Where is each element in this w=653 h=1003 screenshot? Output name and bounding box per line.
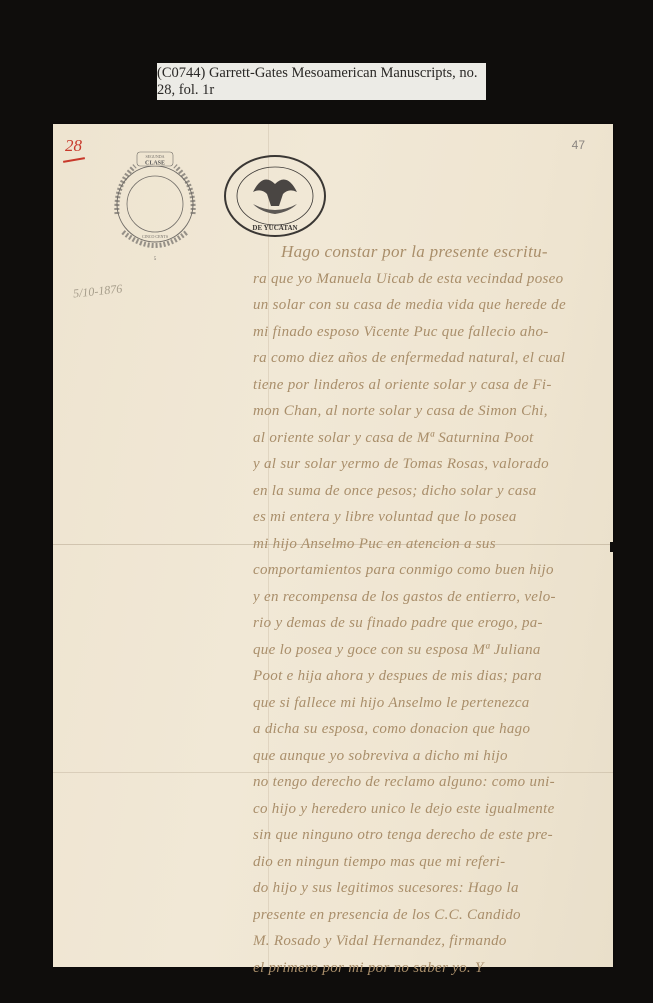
handwritten-line: Poot e hija ahora y despues de mis dias;… xyxy=(253,663,603,690)
handwritten-line: no tengo derecho de reclamo alguno: como… xyxy=(253,769,603,796)
catalog-caption-text: (C0744) Garrett-Gates Mesoamerican Manus… xyxy=(157,65,486,99)
edge-tear xyxy=(610,542,616,552)
handwritten-line: en la suma de once pesos; dicho solar y … xyxy=(253,478,603,505)
folio-number: 47 xyxy=(572,138,585,152)
svg-text:DE YUCATAN: DE YUCATAN xyxy=(252,224,297,232)
handwritten-line: mi finado esposo Vicente Puc que falleci… xyxy=(253,319,603,346)
handwritten-line: Hago constar por la presente escritu- xyxy=(253,239,603,266)
handwritten-line: a dicha su esposa, como donacion que hag… xyxy=(253,716,603,743)
handwritten-line: es mi entera y libre voluntad que lo pos… xyxy=(253,504,603,531)
handwritten-line: y en recompensa de los gastos de entierr… xyxy=(253,584,603,611)
round-tax-stamp-icon: SEGUNDA CLASE CINCO CENTS 5 xyxy=(95,144,215,264)
handwritten-line: sin que ninguno otro tenga derecho de es… xyxy=(253,822,603,849)
svg-text:CLASE: CLASE xyxy=(145,161,165,167)
catalog-caption-label: (C0744) Garrett-Gates Mesoamerican Manus… xyxy=(157,63,486,100)
handwritten-line: rio y demas de su finado padre que erogo… xyxy=(253,610,603,637)
manuscript-page: 28 47 5/10-1876 SEGUNDA CLASE CINCO CENT… xyxy=(53,124,613,967)
handwritten-line: que aunque yo sobreviva a dicho mi hijo xyxy=(253,743,603,770)
handwritten-line: comportamientos para conmigo como buen h… xyxy=(253,557,603,584)
handwritten-line: y al sur solar yermo de Tomas Rosas, val… xyxy=(253,451,603,478)
handwritten-line: mi hijo Anselmo Puc en atencion a sus xyxy=(253,531,603,558)
handwritten-line: un solar con su casa de media vida que h… xyxy=(253,292,603,319)
handwritten-line: do hijo y sus legitimos sucesores: Hago … xyxy=(253,875,603,902)
svg-text:CINCO CENTS: CINCO CENTS xyxy=(142,234,168,239)
handwritten-body: Hago constar por la presente escritu- ra… xyxy=(253,239,603,981)
handwritten-line: co hijo y heredero unico le dejo este ig… xyxy=(253,796,603,823)
handwritten-line: el primero por mi por no saber yo. Y xyxy=(253,955,603,982)
handwritten-line: mon Chan, al norte solar y casa de Simon… xyxy=(253,398,603,425)
svg-text:SEGUNDA: SEGUNDA xyxy=(145,154,164,159)
handwritten-line: al oriente solar y casa de Mª Saturnina … xyxy=(253,425,603,452)
handwritten-line: ra como diez años de enfermedad natural,… xyxy=(253,345,603,372)
handwritten-line: dio en ningun tiempo mas que mi referi- xyxy=(253,849,603,876)
pencil-catalog-note: 5/10-1876 xyxy=(72,281,123,301)
svg-text:5: 5 xyxy=(154,257,157,262)
handwritten-line: M. Rosado y Vidal Hernandez, firmando xyxy=(253,928,603,955)
handwritten-line: tiene por linderos al oriente solar y ca… xyxy=(253,372,603,399)
handwritten-line: ra que yo Manuela Uicab de esta vecindad… xyxy=(253,266,603,293)
handwritten-line: que si fallece mi hijo Anselmo le perten… xyxy=(253,690,603,717)
handwritten-line: presente en presencia de los C.C. Candid… xyxy=(253,902,603,929)
oval-eagle-stamp-icon: DE YUCATAN xyxy=(223,154,327,238)
handwritten-line: que lo posea y goce con su esposa Mª Jul… xyxy=(253,637,603,664)
red-pencil-number: 28 xyxy=(65,136,82,156)
